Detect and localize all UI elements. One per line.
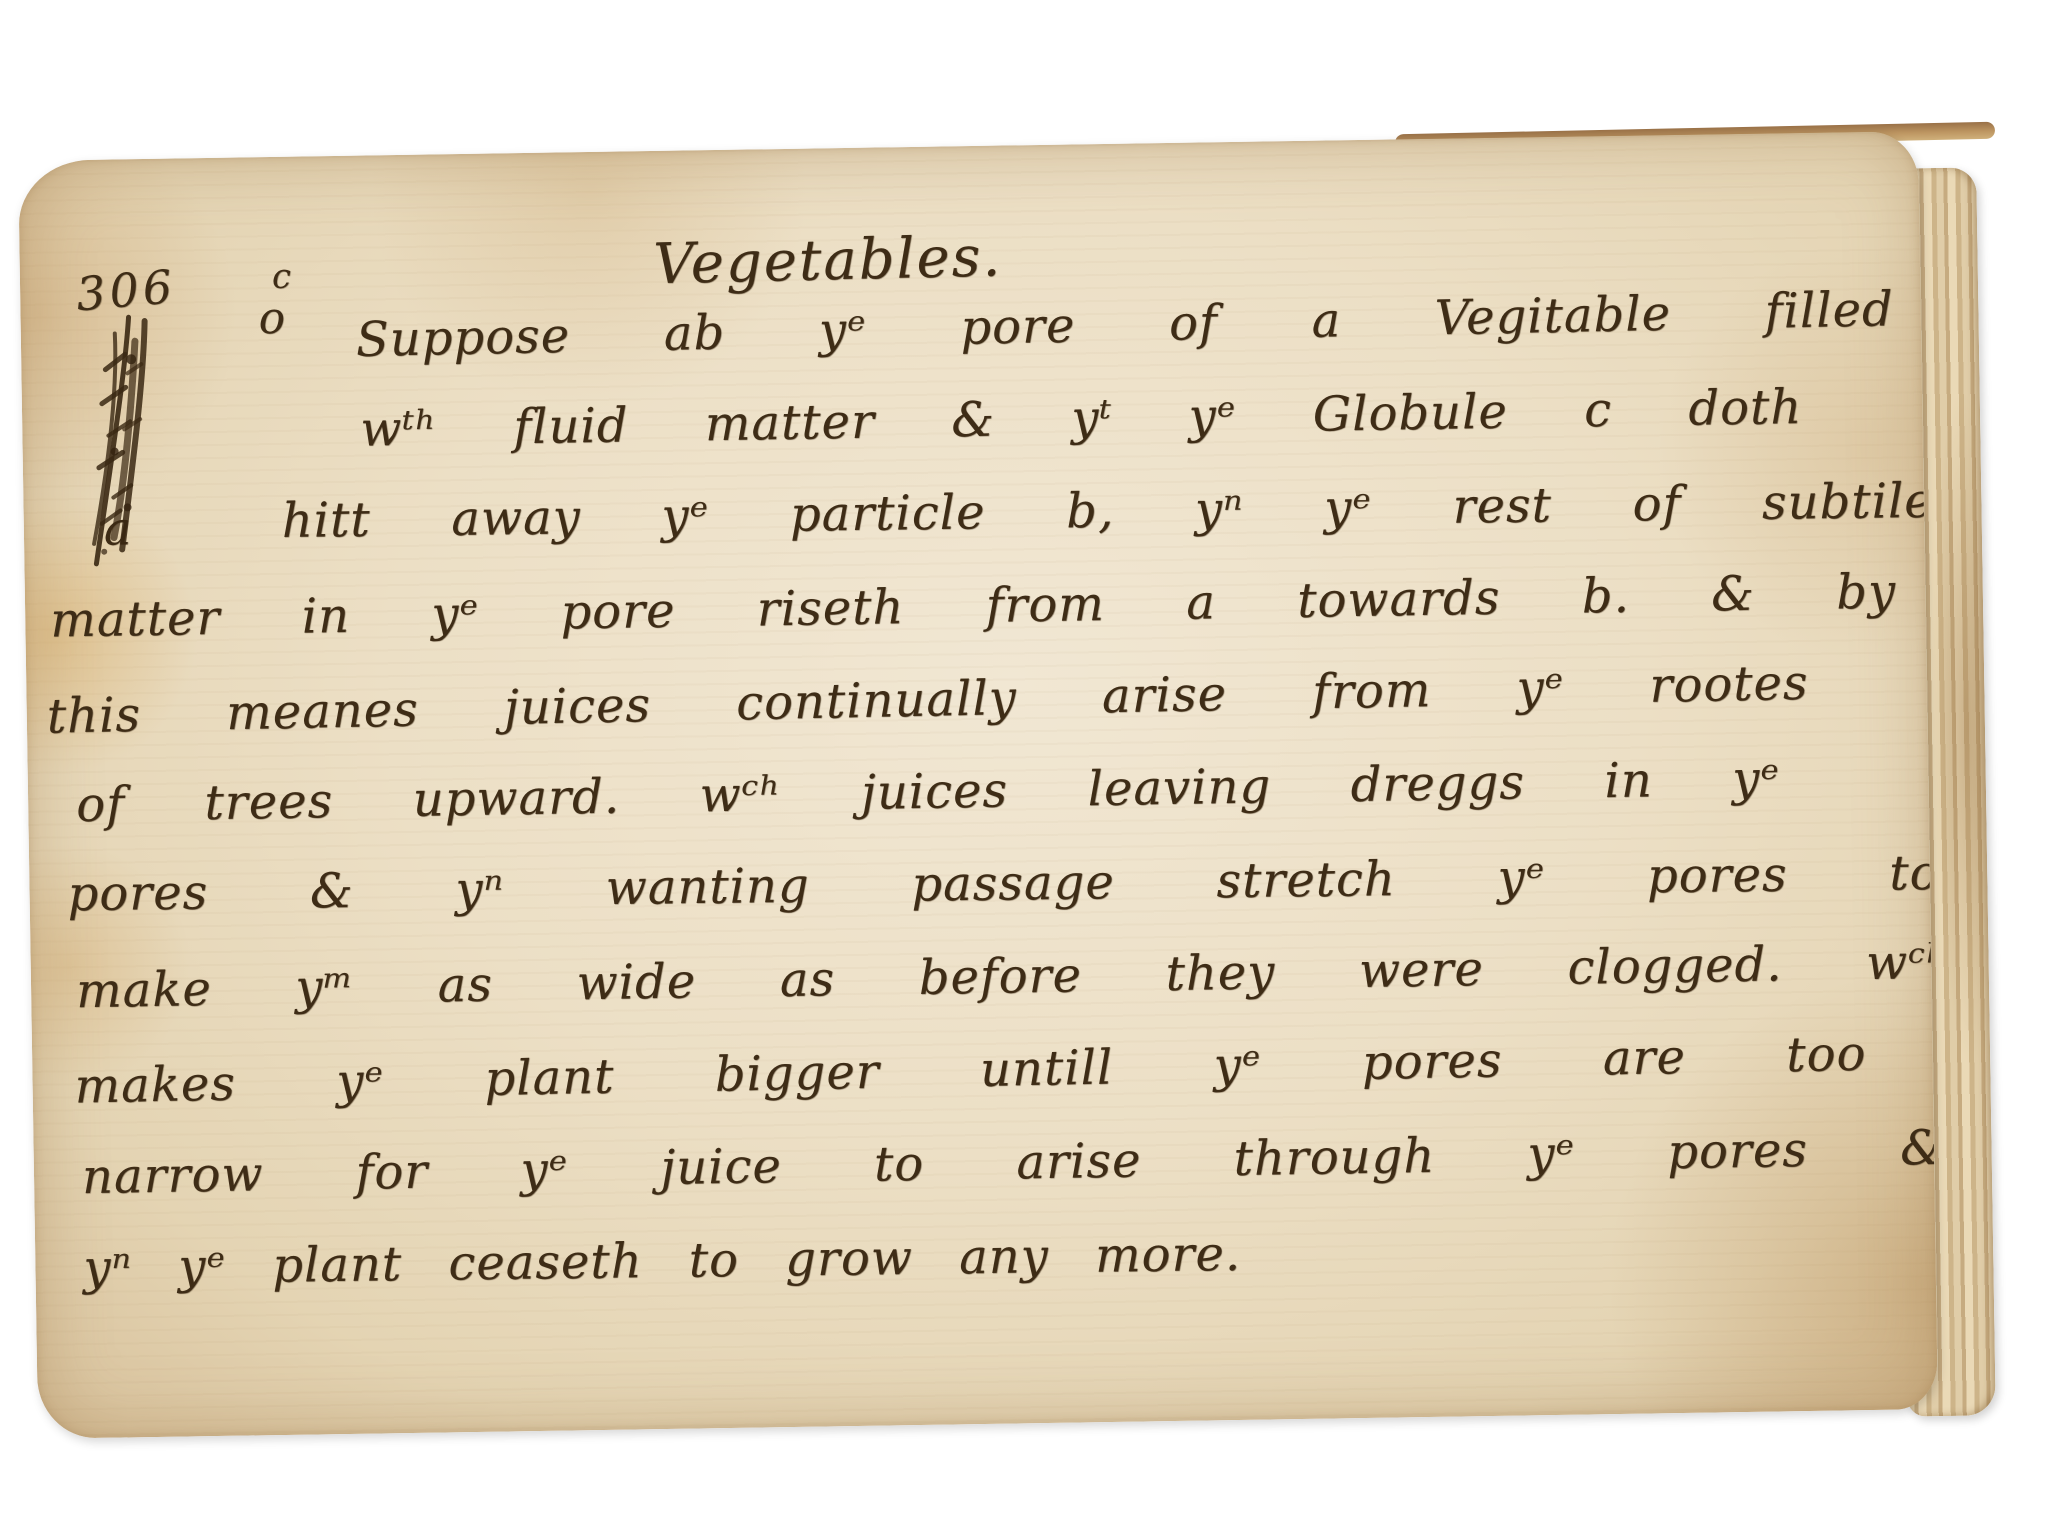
manuscript-line: of trees upward. wᶜʰ juices leaving dreg… <box>76 747 1781 836</box>
manuscript-line: makes yᵉ plant bigger untill yᵉ pores ar… <box>74 1023 1867 1118</box>
manuscript-line: yⁿ yᵉ plant ceaseth to grow any more. <box>83 1223 1241 1299</box>
photograph-background: Vegetables. 306 c o a <box>0 0 2048 1536</box>
diagram-label-o: o <box>258 293 285 344</box>
manuscript-line: narrow for yᵉ juice to arise through yᵉ … <box>82 1117 1938 1208</box>
manuscript-page: Vegetables. 306 c o a <box>18 131 1938 1439</box>
page-title: Vegetables. <box>567 224 1088 298</box>
diagram-label-c: c <box>272 257 292 297</box>
manuscript-line: matter in yᵉ pore riseth from a towards … <box>50 561 1897 652</box>
manuscript-line: make yᵐ as wide as before they were clog… <box>76 931 1938 1022</box>
manuscript-line: this meanes juices continually arise fro… <box>46 652 1809 748</box>
manuscript-line: hitt away yᵉ particle b, yⁿ yᵉ rest of s… <box>281 470 1934 552</box>
manuscript-line: wᵗʰ fluid matter & yᵗ yᵉ Globule c doth <box>360 376 1803 461</box>
manuscript-line: pores & yⁿ wanting passage stretch yᵉ po… <box>67 842 1938 925</box>
pore-sketch-icon <box>70 310 186 580</box>
